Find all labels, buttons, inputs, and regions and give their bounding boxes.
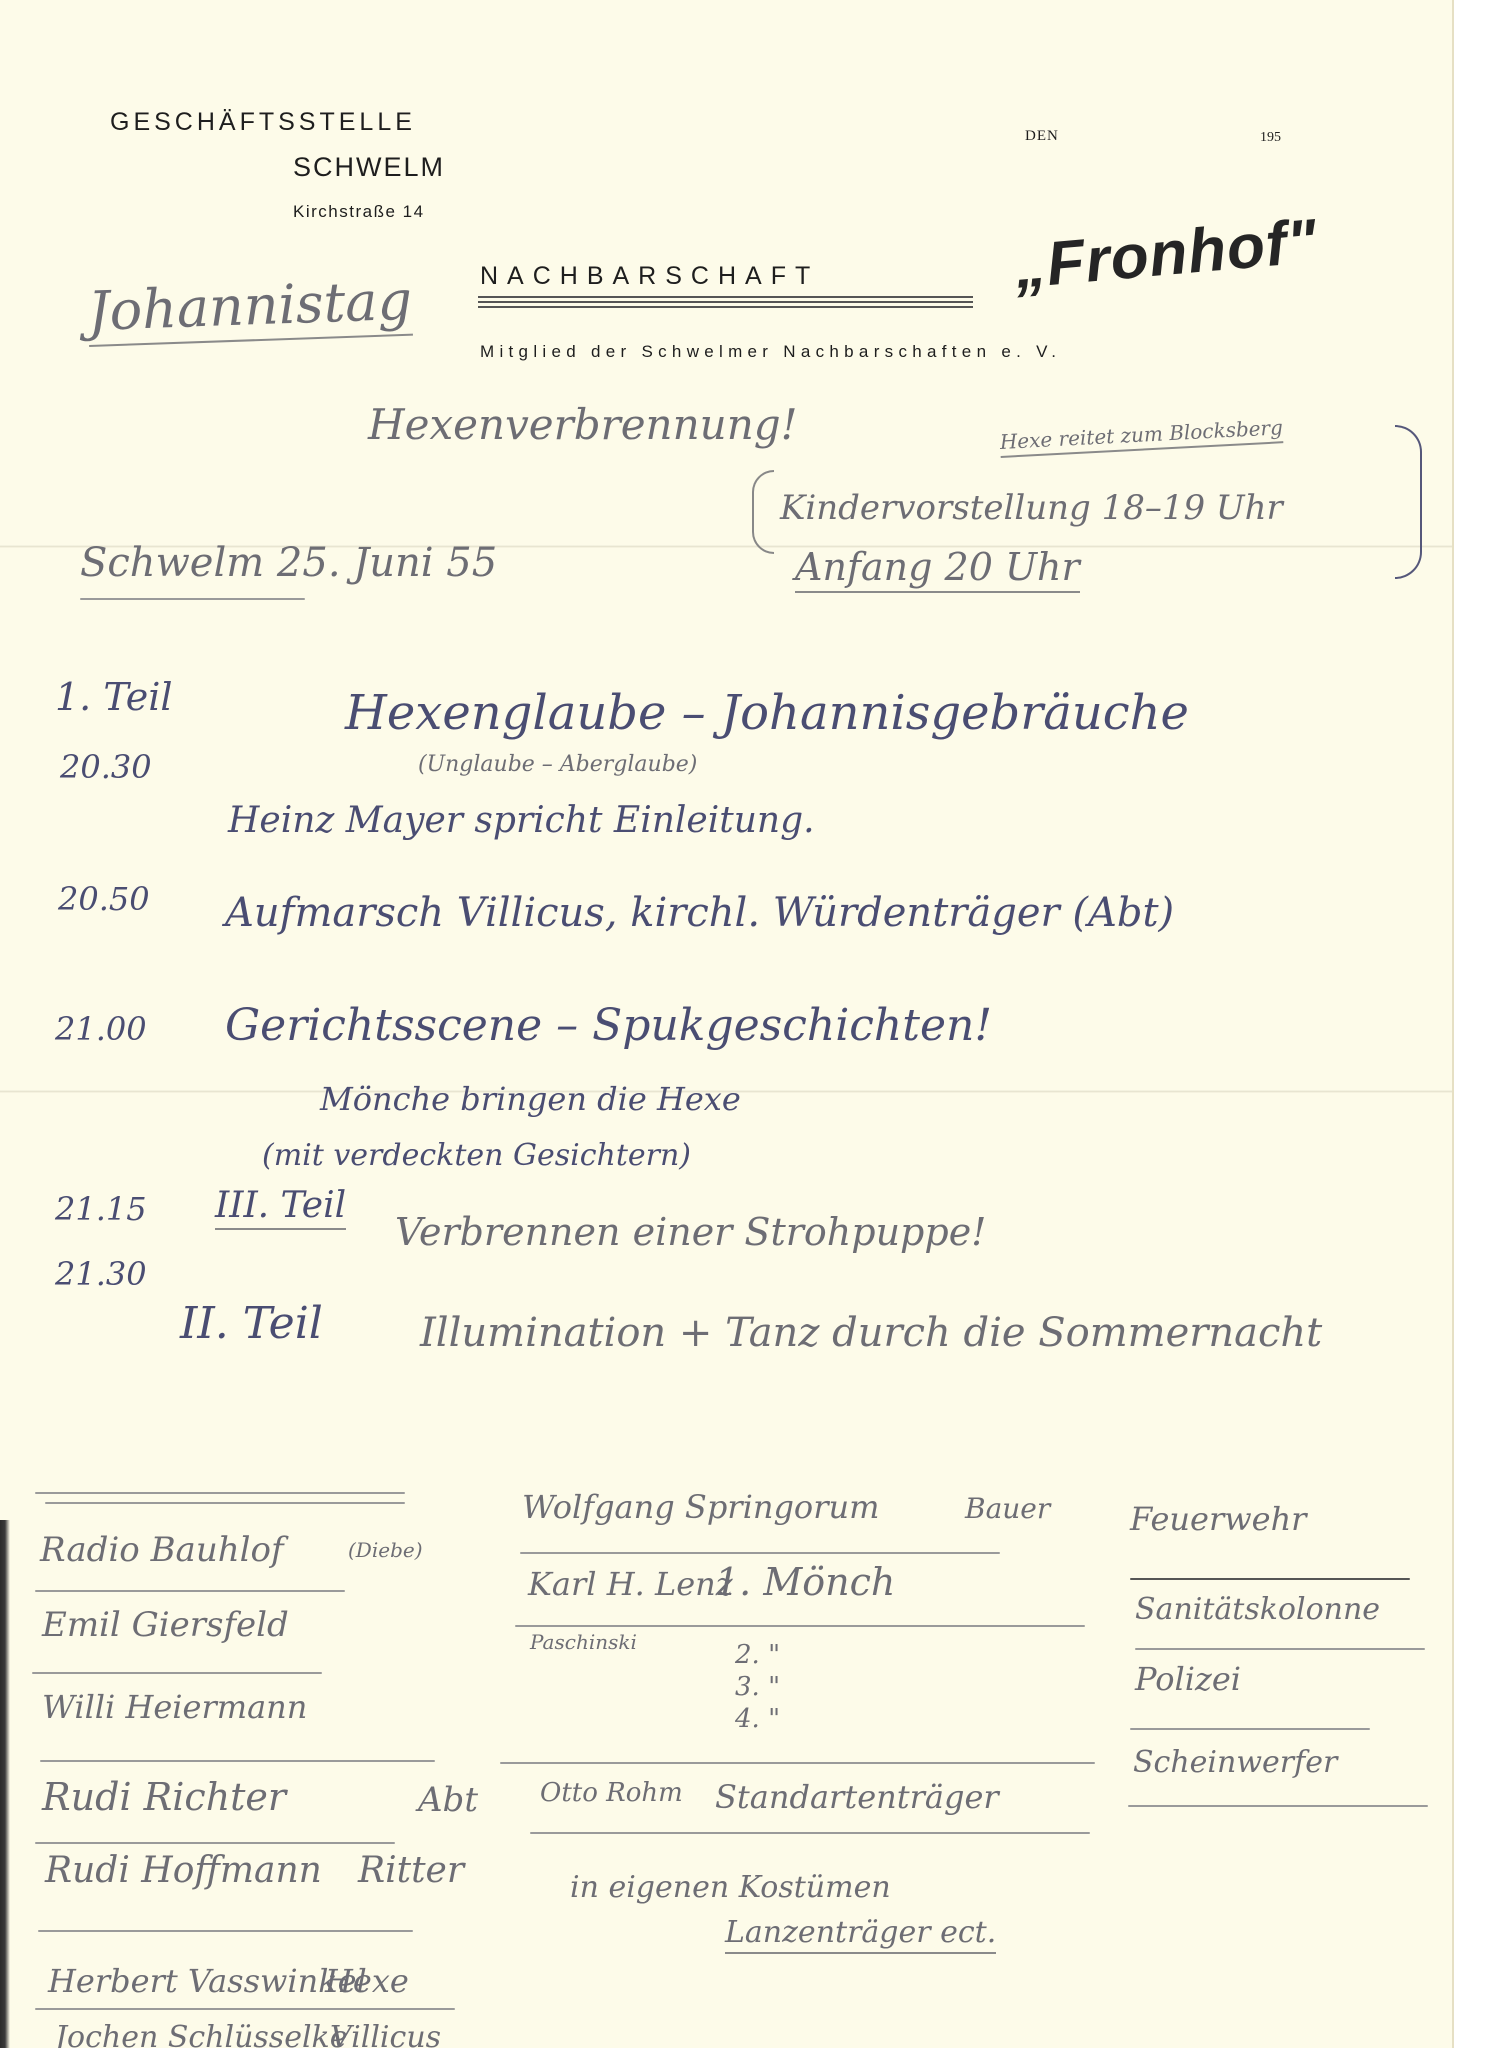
row-rule: [1135, 1648, 1425, 1650]
page-edge-shadow: [0, 1520, 10, 2048]
row-rule: [520, 1552, 1000, 1554]
cast-role: Ritter: [358, 1850, 464, 1891]
row-rule: [32, 1672, 322, 1674]
row-rule: [40, 1760, 435, 1762]
cast-name: Otto Rohm: [540, 1778, 683, 1808]
row-rule: [500, 1762, 1095, 1764]
row-rule: [35, 2008, 455, 2010]
cast-role: Abt: [418, 1780, 478, 1820]
letterhead-address: Kirchstraße 14: [293, 202, 425, 222]
place-date: Schwelm 25. Juni 55: [80, 540, 497, 586]
program-item: Verbrennen einer Strohpuppe!: [395, 1210, 986, 1254]
paren-left: [752, 470, 774, 554]
event-title: Hexenverbrennung!: [368, 400, 798, 449]
title-johannistag: Johannistag: [87, 269, 413, 347]
letter-sheet: GESCHÄFTSSTELLE SCHWELM Kirchstraße 14 D…: [0, 0, 1454, 2048]
program-time: 20.30: [60, 748, 152, 786]
cast-role: Bauer: [965, 1492, 1050, 1525]
cast-name: Emil Giersfeld: [42, 1605, 289, 1645]
cast-name: Karl H. Lenz: [528, 1565, 733, 1603]
double-rule: [45, 1502, 405, 1504]
lance-bearers-note: Lanzenträger ect.: [725, 1915, 996, 1954]
cast-name: Paschinski: [530, 1630, 637, 1654]
part-label: II. Teil: [180, 1298, 323, 1349]
children-show: Kindervorstellung 18–19 Uhr: [780, 488, 1283, 528]
bracket-right: [1395, 425, 1422, 579]
letterhead-office: GESCHÄFTSSTELLE: [110, 108, 416, 137]
service-item: Polizei: [1135, 1660, 1241, 1698]
program-item: Mönche bringen die Hexe: [320, 1080, 741, 1118]
program-subtitle: (Unglaube – Aberglaube): [418, 752, 697, 777]
cast-role: (Diebe): [348, 1538, 423, 1562]
underline: [80, 598, 305, 600]
part-label: 1. Teil: [55, 675, 173, 719]
cast-role: 4. ": [735, 1704, 780, 1734]
program-time: 21.30: [55, 1255, 147, 1293]
year-prefix: 195: [1260, 130, 1281, 146]
letterhead-city: SCHWELM: [293, 152, 445, 183]
cast-name: Radio Bauhlof: [40, 1530, 284, 1570]
cast-role: 1. Mönch: [715, 1560, 895, 1604]
program-time: 21.00: [55, 1010, 147, 1048]
cast-name: Herbert Vasswinkel: [48, 1962, 367, 2000]
cast-role: Villicus: [330, 2020, 441, 2048]
cast-name: Jochen Schlüsselke: [55, 2020, 348, 2048]
row-rule: [1130, 1728, 1370, 1730]
service-item: Sanitätskolonne: [1135, 1592, 1380, 1627]
date-label: DEN: [1025, 128, 1059, 145]
double-rule: [35, 1492, 405, 1494]
cast-role: 2. ": [735, 1640, 780, 1670]
cast-name: Wolfgang Springorum: [522, 1488, 879, 1526]
letterhead-org: NACHBARSCHAFT: [480, 262, 819, 291]
program-item: Hexenglaube – Johannisgebräuche: [345, 685, 1189, 741]
program-item: (mit verdeckten Gesichtern): [262, 1138, 691, 1173]
row-rule: [530, 1832, 1090, 1834]
program-time: 20.50: [58, 880, 150, 918]
cast-name: Rudi Hoffmann: [45, 1850, 322, 1891]
cast-role: 3. ": [735, 1672, 780, 1702]
row-rule: [1130, 1578, 1410, 1580]
letterhead-membership: Mitglied der Schwelmer Nachbarschaften e…: [480, 342, 1061, 362]
row-rule: [1128, 1805, 1428, 1807]
letterhead-brand: „Fronhof": [1012, 206, 1321, 303]
event-note: Hexe reitet zum Blocksberg: [999, 415, 1283, 458]
cast-role: Standartenträger: [715, 1778, 999, 1816]
row-rule: [38, 1930, 413, 1932]
program-item: Illumination + Tanz durch die Sommernach…: [420, 1310, 1322, 1356]
service-item: Scheinwerfer: [1133, 1745, 1337, 1780]
program-item: Gerichtsscene – Spukgeschichten!: [225, 1000, 992, 1051]
cast-name: Willi Heiermann: [42, 1688, 307, 1726]
cast-role: Hexe: [325, 1962, 409, 2000]
program-item: Aufmarsch Villicus, kirchl. Würdenträger…: [225, 890, 1174, 936]
row-rule: [35, 1590, 345, 1592]
costume-note: in eigenen Kostümen: [570, 1870, 891, 1905]
row-rule: [35, 1842, 395, 1844]
part-label: III. Teil: [215, 1185, 346, 1230]
program-item: Heinz Mayer spricht Einleitung.: [228, 800, 815, 841]
letterhead-rules: [478, 296, 973, 314]
cast-name: Rudi Richter: [42, 1775, 286, 1819]
service-item: Feuerwehr: [1130, 1500, 1306, 1538]
start-time: Anfang 20 Uhr: [795, 545, 1080, 593]
program-time: 21.15: [55, 1190, 147, 1228]
row-rule: [515, 1625, 1085, 1627]
